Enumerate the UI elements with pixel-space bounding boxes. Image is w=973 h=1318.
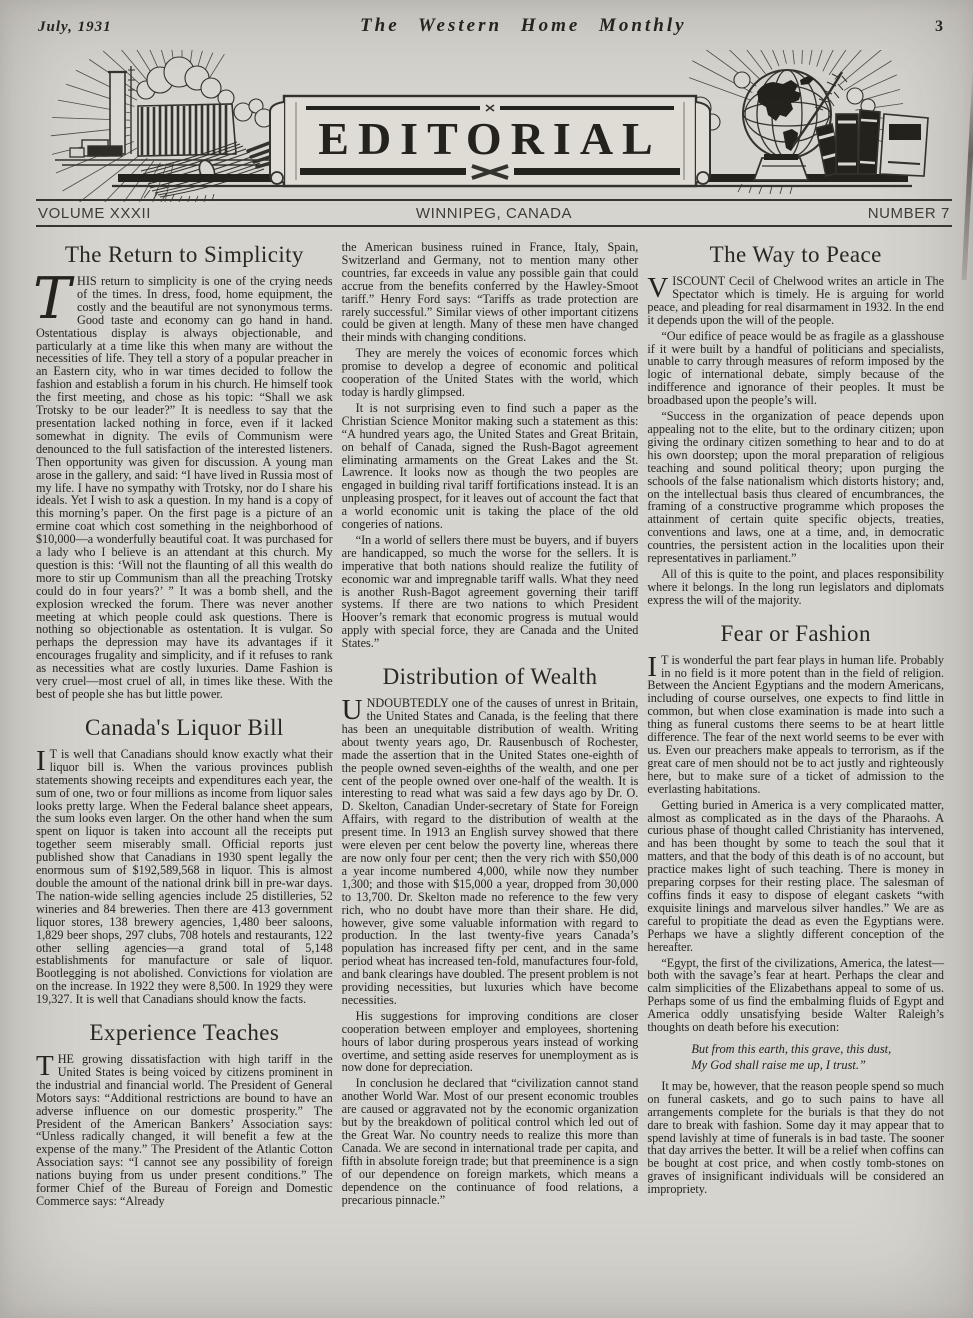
article-paragraph: THIS return to simplicity is one of the … — [36, 275, 333, 701]
article-title-the-way-to-peace: The Way to Peace — [647, 242, 944, 268]
page-header: July, 1931 The Western Home Monthly 3 — [38, 15, 943, 37]
editorial-content: The Return to Simplicity THIS return to … — [36, 241, 944, 1208]
column-1: The Return to Simplicity THIS return to … — [36, 241, 333, 1208]
drop-cap: T — [36, 1053, 58, 1077]
editorial-banner: EDITORIAL — [0, 50, 973, 202]
article-paragraph: His suggestions for improving conditions… — [342, 1010, 639, 1075]
drop-cap: V — [647, 275, 672, 299]
volume-label: VOLUME XXXII — [38, 205, 342, 222]
banner-illustration: EDITORIAL — [0, 50, 973, 202]
article-paragraph: “Our edifice of peace would be as fragil… — [647, 330, 944, 407]
article-paragraph: They are merely the voices of economic f… — [342, 347, 639, 399]
city-label: WINNIPEG, CANADA — [342, 205, 646, 222]
article-paragraph: THE growing dissatisfaction with high ta… — [36, 1053, 333, 1208]
masthead-title: The Western Home Monthly — [360, 15, 687, 37]
article-title-distribution-of-wealth: Distribution of Wealth — [342, 664, 639, 690]
article-paragraph: IT is well that Canadians should know ex… — [36, 748, 333, 1006]
column-2: the American business ruined in France, … — [342, 241, 639, 1208]
article-paragraph: “Egypt, the first of the civilizations, … — [647, 957, 944, 1034]
article-paragraph: “Success in the organization of peace de… — [647, 410, 944, 565]
globe-books-illustration — [679, 50, 928, 194]
article-paragraph: Getting buried in America is a very comp… — [647, 799, 944, 954]
drop-cap: I — [36, 748, 50, 772]
article-paragraph: “In a world of sellers there must be buy… — [342, 534, 639, 650]
raleigh-verse: But from this earth, this grave, this du… — [691, 1041, 944, 1073]
verse-line: But from this earth, this grave, this du… — [691, 1041, 944, 1057]
article-title-return-to-simplicity: The Return to Simplicity — [36, 242, 333, 268]
banner-title: EDITORIAL — [318, 113, 661, 164]
article-paragraph: UNDOUBTEDLY one of the causes of unrest … — [342, 697, 639, 1007]
page-number: 3 — [935, 18, 943, 36]
verse-line: My God shall raise me up, I trust.” — [691, 1057, 944, 1073]
drop-cap: U — [342, 697, 367, 721]
article-paragraph: IT is wonderful the part fear plays in h… — [647, 654, 944, 796]
issue-date: July, 1931 — [38, 19, 112, 36]
drop-cap: T — [33, 275, 77, 321]
issue-line: VOLUME XXXII WINNIPEG, CANADA NUMBER 7 — [36, 199, 952, 227]
article-paragraph: It is not surprising even to find such a… — [342, 402, 639, 531]
article-paragraph: the American business ruined in France, … — [342, 241, 639, 344]
column-3: The Way to Peace VISCOUNT Cecil of Chelw… — [647, 241, 944, 1208]
drop-cap: I — [647, 654, 661, 678]
number-label: NUMBER 7 — [646, 205, 950, 222]
article-title-fear-or-fashion: Fear or Fashion — [647, 621, 944, 647]
article-paragraph: All of this is quite to the point, and p… — [647, 568, 944, 607]
article-paragraph: It may be, however, that the reason peop… — [647, 1080, 944, 1196]
article-paragraph: VISCOUNT Cecil of Chelwood writes an art… — [647, 275, 944, 327]
article-title-canadas-liquor-bill: Canada's Liquor Bill — [36, 715, 333, 741]
magazine-page: July, 1931 The Western Home Monthly 3 — [0, 0, 973, 1318]
article-title-experience-teaches: Experience Teaches — [36, 1020, 333, 1046]
article-paragraph: In conclusion he declared that “civiliza… — [342, 1077, 639, 1206]
